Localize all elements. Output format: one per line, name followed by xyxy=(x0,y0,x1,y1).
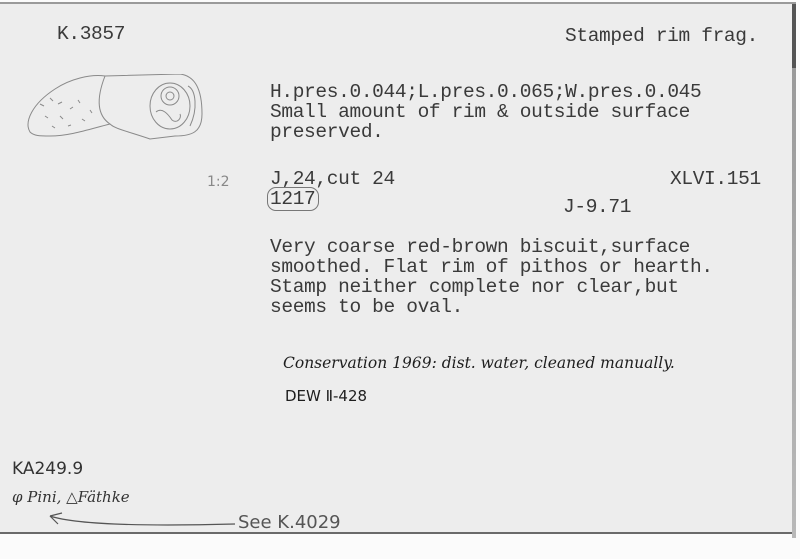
lot-number-circled: 1217 xyxy=(267,187,319,211)
description-line-1: Very coarse red-brown biscuit,surface xyxy=(270,237,690,258)
plate-reference: XLVI.151 xyxy=(670,169,761,190)
lot-number: 1217 xyxy=(270,189,319,210)
arrow-left-icon xyxy=(40,504,240,534)
description-line-3: Stamp neither complete nor clear,but xyxy=(270,277,679,298)
preservation-line-1: Small amount of rim & outside surface xyxy=(270,102,690,123)
conservation-note: Conservation 1969: dist. water, cleaned … xyxy=(283,354,675,372)
catalog-number: K.3857 xyxy=(57,24,125,45)
description-line-4: seems to be oval. xyxy=(270,297,463,318)
cross-reference: See K.4029 xyxy=(238,512,341,533)
pottery-fragment-sketch-icon xyxy=(10,74,210,154)
catalog-card: K.3857 Stamped rim frag. H.pres.0.044;L.… xyxy=(0,2,796,534)
date: J-9.71 xyxy=(563,197,631,218)
ka-reference: KA249.9 xyxy=(12,459,83,479)
object-type: Stamped rim frag. xyxy=(565,26,758,47)
preservation-line-2: preserved. xyxy=(270,122,384,143)
card-edge xyxy=(792,4,796,538)
description-line-2: smoothed. Flat rim of pithos or hearth. xyxy=(270,257,713,278)
scale-note: 1:2 xyxy=(207,174,230,190)
dew-reference: DEW Ⅱ-428 xyxy=(285,387,367,405)
dimensions: H.pres.0.044;L.pres.0.065;W.pres.0.045 xyxy=(270,82,701,103)
